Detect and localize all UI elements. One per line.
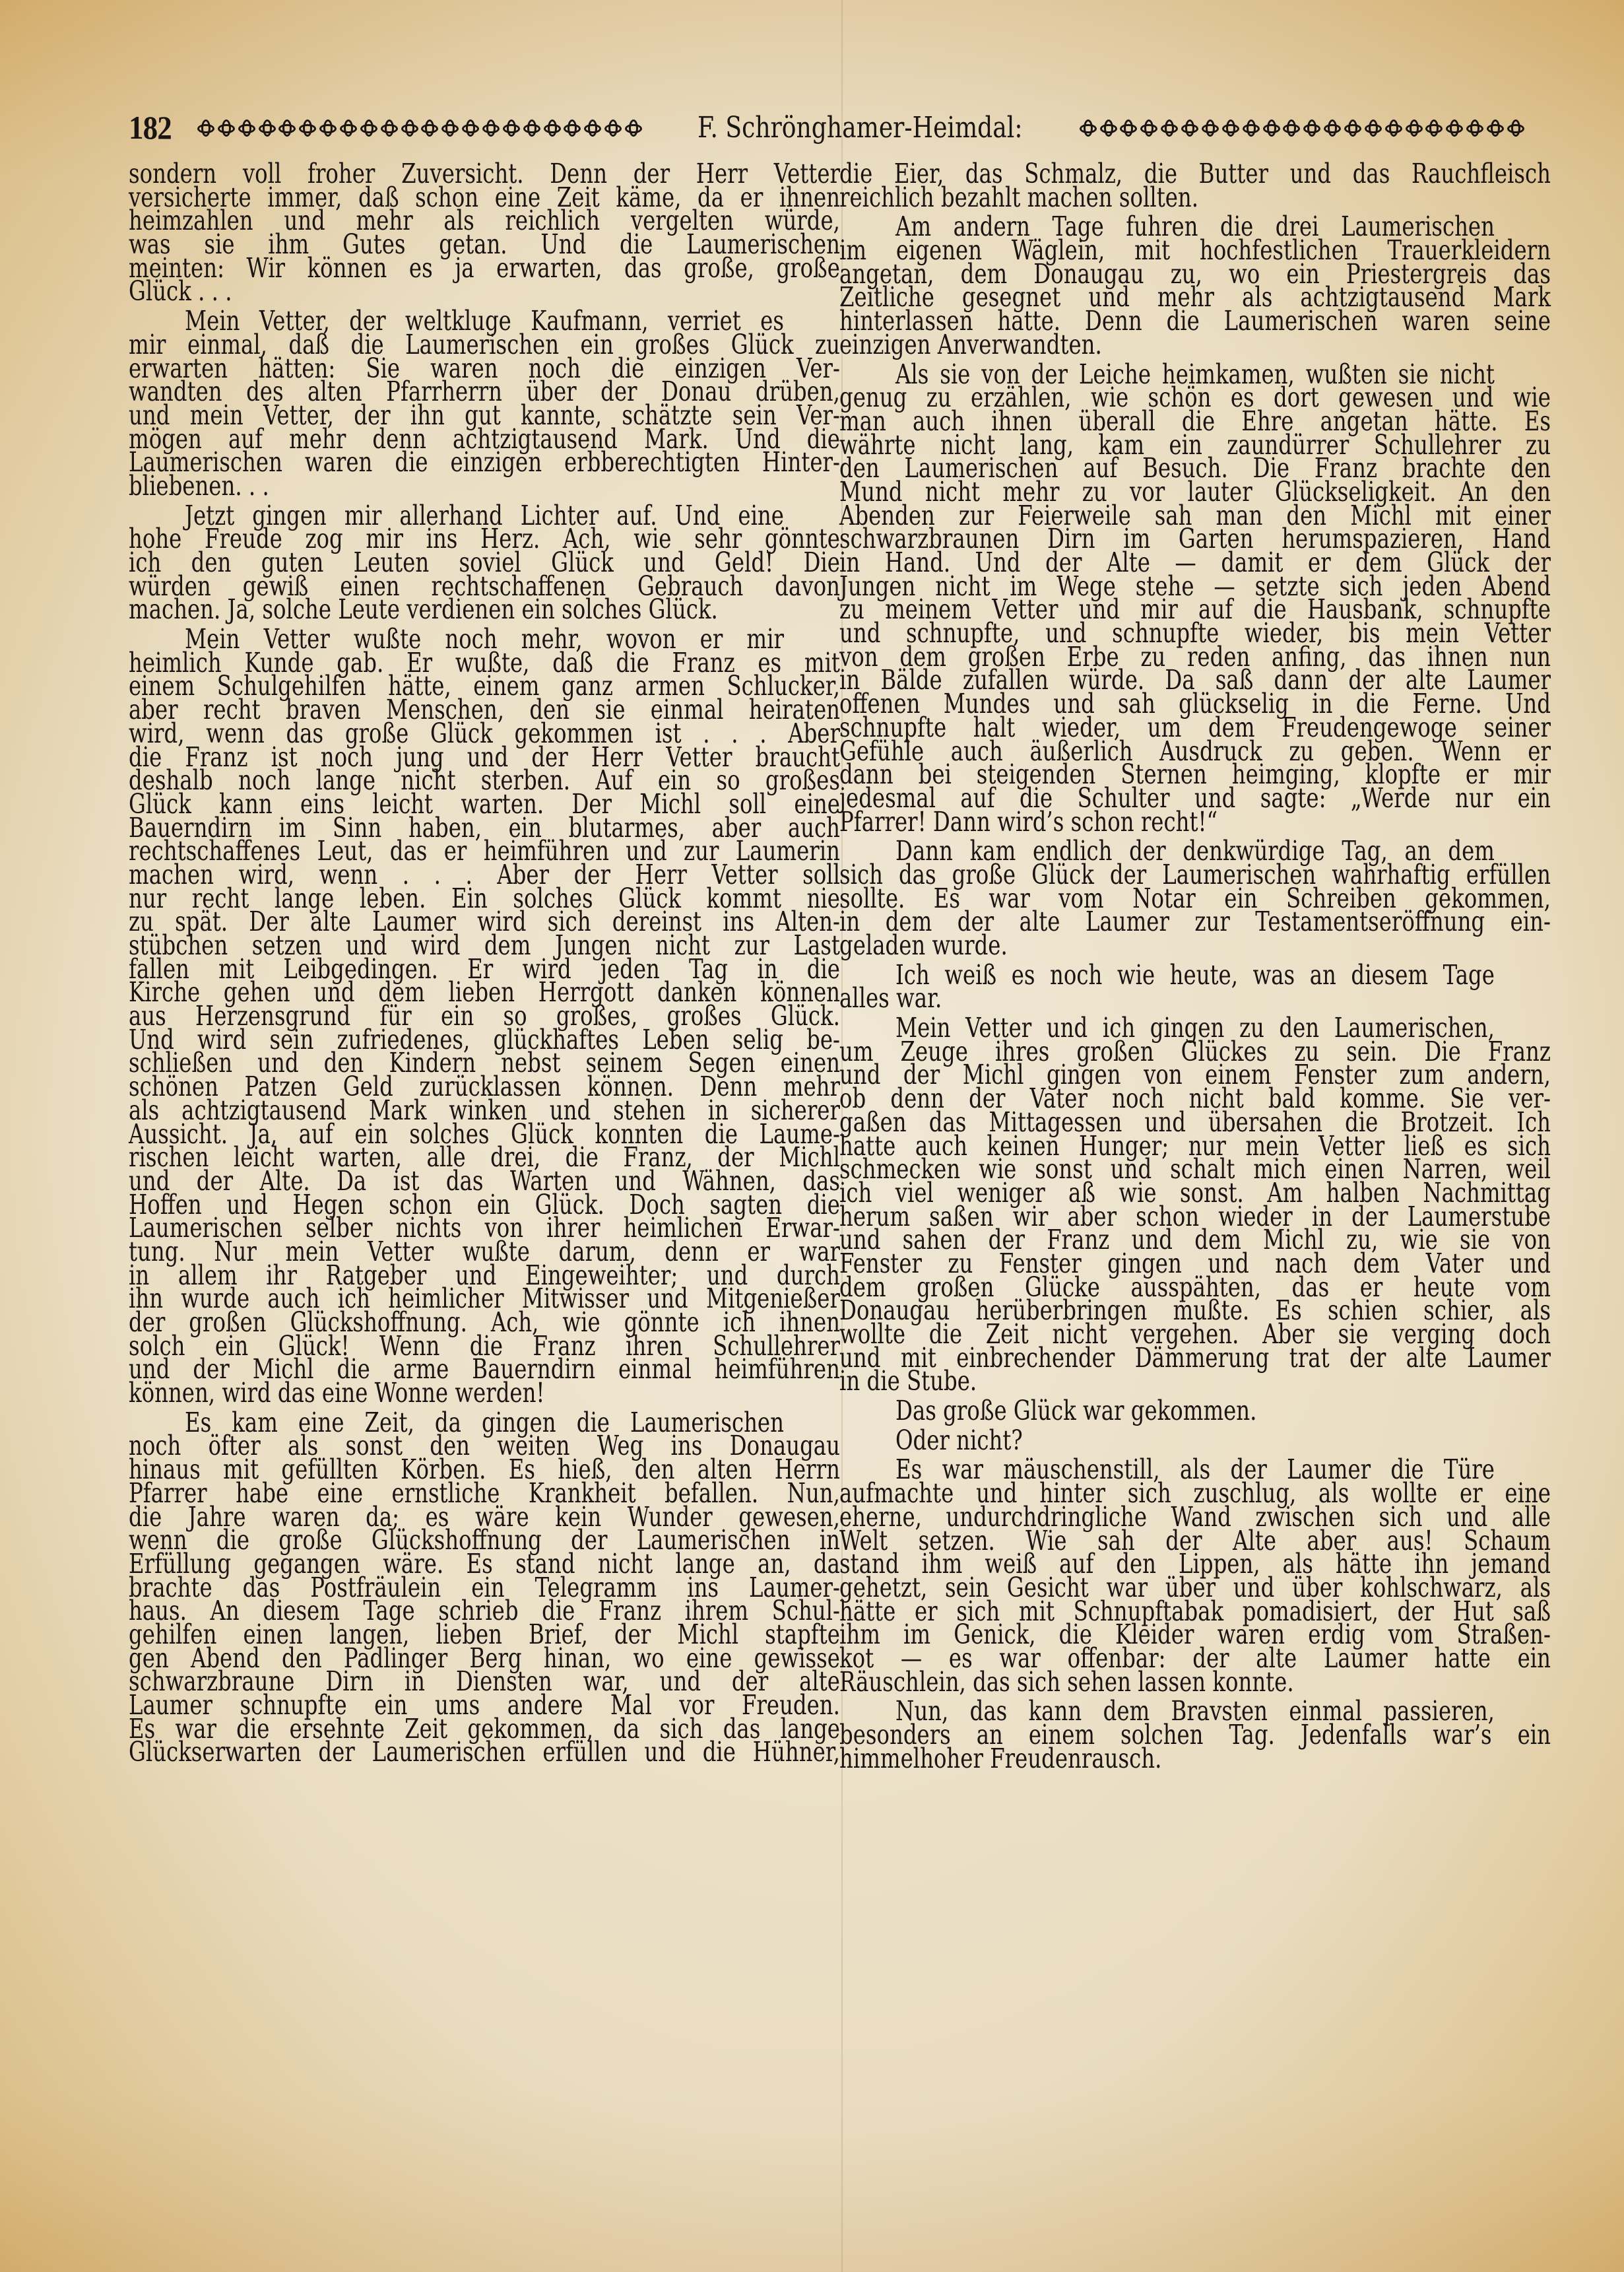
clover-ornament-icon: [1099, 118, 1117, 137]
clover-ornament-icon: [1485, 118, 1504, 137]
clover-ornament-icon: [359, 118, 377, 137]
clover-ornament-icon: [379, 118, 398, 137]
paragraph: Am andern Tage fuhren die drei Laumerisc…: [839, 215, 1551, 356]
clover-ornament-icon: [603, 118, 622, 137]
paragraph: Es war mäuschenstill, als der Laumer die…: [839, 1457, 1551, 1693]
clover-ornament-icon: [461, 118, 479, 137]
clover-ornament-icon: [624, 118, 642, 137]
clover-ornament-icon: [1322, 118, 1341, 137]
text-line-content: Räuschlein, das sich sehen lassen konnte…: [839, 1670, 1551, 1694]
text-line-content: himmelhoher Freudenrausch.: [839, 1747, 1551, 1770]
clover-ornament-icon: [1465, 118, 1483, 137]
text-line-content: meinten: Wir können es ja erwarten, das …: [129, 256, 840, 280]
paragraph: Als sie von der Leiche heimkamen, wußten…: [839, 362, 1551, 834]
clover-ornament-icon: [1445, 118, 1463, 137]
paragraph: Dann kam endlich der denkwürdige Tag, an…: [839, 839, 1551, 956]
ornament-rule-left-icon: [196, 114, 642, 141]
text-line-content: alles war.: [839, 986, 1551, 1010]
clover-ornament-icon: [257, 118, 276, 137]
page-number: 182: [129, 108, 172, 147]
clover-ornament-icon: [400, 118, 418, 137]
text-line: Pfarrer! Dann wird’s schon recht!“: [839, 810, 1551, 834]
clover-ornament-icon: [196, 118, 214, 137]
paragraph: Mein Vetter, der weltkluge Kaufmann, ver…: [129, 309, 840, 498]
clover-ornament-icon: [1139, 118, 1157, 137]
clover-ornament-icon: [339, 118, 357, 137]
clover-ornament-icon: [562, 118, 581, 137]
clover-ornament-icon: [1302, 118, 1320, 137]
paragraph: Ich weiß es noch wie heute, was an diese…: [839, 963, 1551, 1010]
text-line: Oder nicht?: [839, 1428, 1551, 1452]
clover-ornament-icon: [1200, 118, 1219, 137]
text-line: machen. Ja, solche Leute verdienen ein s…: [129, 597, 840, 621]
text-line: himmelhoher Freudenrausch.: [839, 1747, 1551, 1770]
text-line: Ich weiß es noch wie heute, was an diese…: [839, 963, 1551, 987]
clover-ornament-icon: [237, 118, 255, 137]
running-title: F. Schrönghamer-Heimdal:: [698, 111, 1022, 145]
ornament-rule-right-icon: [1078, 114, 1524, 141]
clover-ornament-icon: [542, 118, 561, 137]
text-line: Räuschlein, das sich sehen lassen konnte…: [839, 1670, 1551, 1694]
clover-ornament-icon: [1262, 118, 1280, 137]
text-column-left: sondern voll froher Zuversicht. Denn der…: [129, 162, 840, 1764]
text-line-content: Pfarrer! Dann wird’s schon recht!“: [839, 810, 1551, 834]
clover-ornament-icon: [1159, 118, 1178, 137]
text-line: einzigen Anverwandten.: [839, 333, 1551, 356]
paragraph: Mein Vetter wußte noch mehr, wovon er mi…: [129, 627, 840, 1405]
clover-ornament-icon: [522, 118, 540, 137]
text-line: Glückserwarten der Laumerischen erfüllen…: [129, 1740, 840, 1764]
text-line-content: in die Stube.: [839, 1369, 1551, 1393]
text-line: können, wird das eine Wonne werden!: [129, 1381, 840, 1405]
text-line: Glück . . .: [129, 279, 840, 303]
text-line: reichlich bezahlt machen sollten.: [839, 185, 1551, 209]
text-line-content: Glück . . .: [129, 279, 840, 303]
clover-ornament-icon: [1384, 118, 1402, 137]
paragraph: sondern voll froher Zuversicht. Denn der…: [129, 162, 840, 303]
paragraph: Oder nicht?: [839, 1428, 1551, 1452]
clover-ornament-icon: [277, 118, 296, 137]
text-line-content: Ich weiß es noch wie heute, was an diese…: [895, 963, 1495, 987]
clover-ornament-icon: [1404, 118, 1423, 137]
clover-ornament-icon: [1221, 118, 1239, 137]
clover-ornament-icon: [1180, 118, 1198, 137]
text-line-content: Glückserwarten der Laumerischen erfüllen…: [129, 1740, 840, 1764]
text-line-content: reichlich bezahlt machen sollten.: [839, 185, 1551, 209]
running-header: 182 F. Schrönghamer-Heimdal:: [129, 108, 1544, 147]
text-line: alles war.: [839, 986, 1551, 1010]
clover-ornament-icon: [1078, 118, 1097, 137]
clover-ornament-icon: [420, 118, 438, 137]
text-line-content: einzigen Anverwandten.: [839, 333, 1551, 356]
clover-ornament-icon: [1506, 118, 1524, 137]
text-line: geladen wurde.: [839, 933, 1551, 957]
clover-ornament-icon: [1241, 118, 1260, 137]
paragraph: Das große Glück war gekommen.: [839, 1399, 1551, 1422]
text-line: Das große Glück war gekommen.: [839, 1399, 1551, 1422]
paragraph: Mein Vetter und ich gingen zu den Laumer…: [839, 1016, 1551, 1393]
paragraph: Nun, das kann dem Bravsten einmal passie…: [839, 1699, 1551, 1770]
clover-ornament-icon: [216, 118, 235, 137]
text-line-content: Oder nicht?: [895, 1428, 1495, 1452]
clover-ornament-icon: [318, 118, 337, 137]
paragraph: Jetzt gingen mir allerhand Lichter auf. …: [129, 504, 840, 621]
text-line-content: können, wird das eine Wonne werden!: [129, 1381, 840, 1405]
text-line-content: machen. Ja, solche Leute verdienen ein s…: [129, 597, 840, 621]
clover-ornament-icon: [298, 118, 316, 137]
clover-ornament-icon: [440, 118, 459, 137]
text-line-content: Das große Glück war gekommen.: [895, 1399, 1495, 1422]
paragraph: Es kam eine Zeit, da gingen die Laumeris…: [129, 1411, 840, 1764]
text-line: bliebenen. . .: [129, 474, 840, 498]
clover-ornament-icon: [1363, 118, 1382, 137]
clover-ornament-icon: [1343, 118, 1361, 137]
paragraph: die Eier, das Schmalz, die Butter und da…: [839, 162, 1551, 209]
clover-ornament-icon: [583, 118, 601, 137]
clover-ornament-icon: [1282, 118, 1300, 137]
clover-ornament-icon: [1424, 118, 1443, 137]
clover-ornament-icon: [502, 118, 520, 137]
text-line-content: bliebenen. . .: [129, 474, 840, 498]
text-line: meinten: Wir können es ja erwarten, das …: [129, 256, 840, 280]
text-column-right: die Eier, das Schmalz, die Butter und da…: [839, 162, 1551, 1770]
clover-ornament-icon: [1119, 118, 1137, 137]
text-line-content: geladen wurde.: [839, 933, 1551, 957]
text-line: in die Stube.: [839, 1369, 1551, 1393]
clover-ornament-icon: [481, 118, 500, 137]
